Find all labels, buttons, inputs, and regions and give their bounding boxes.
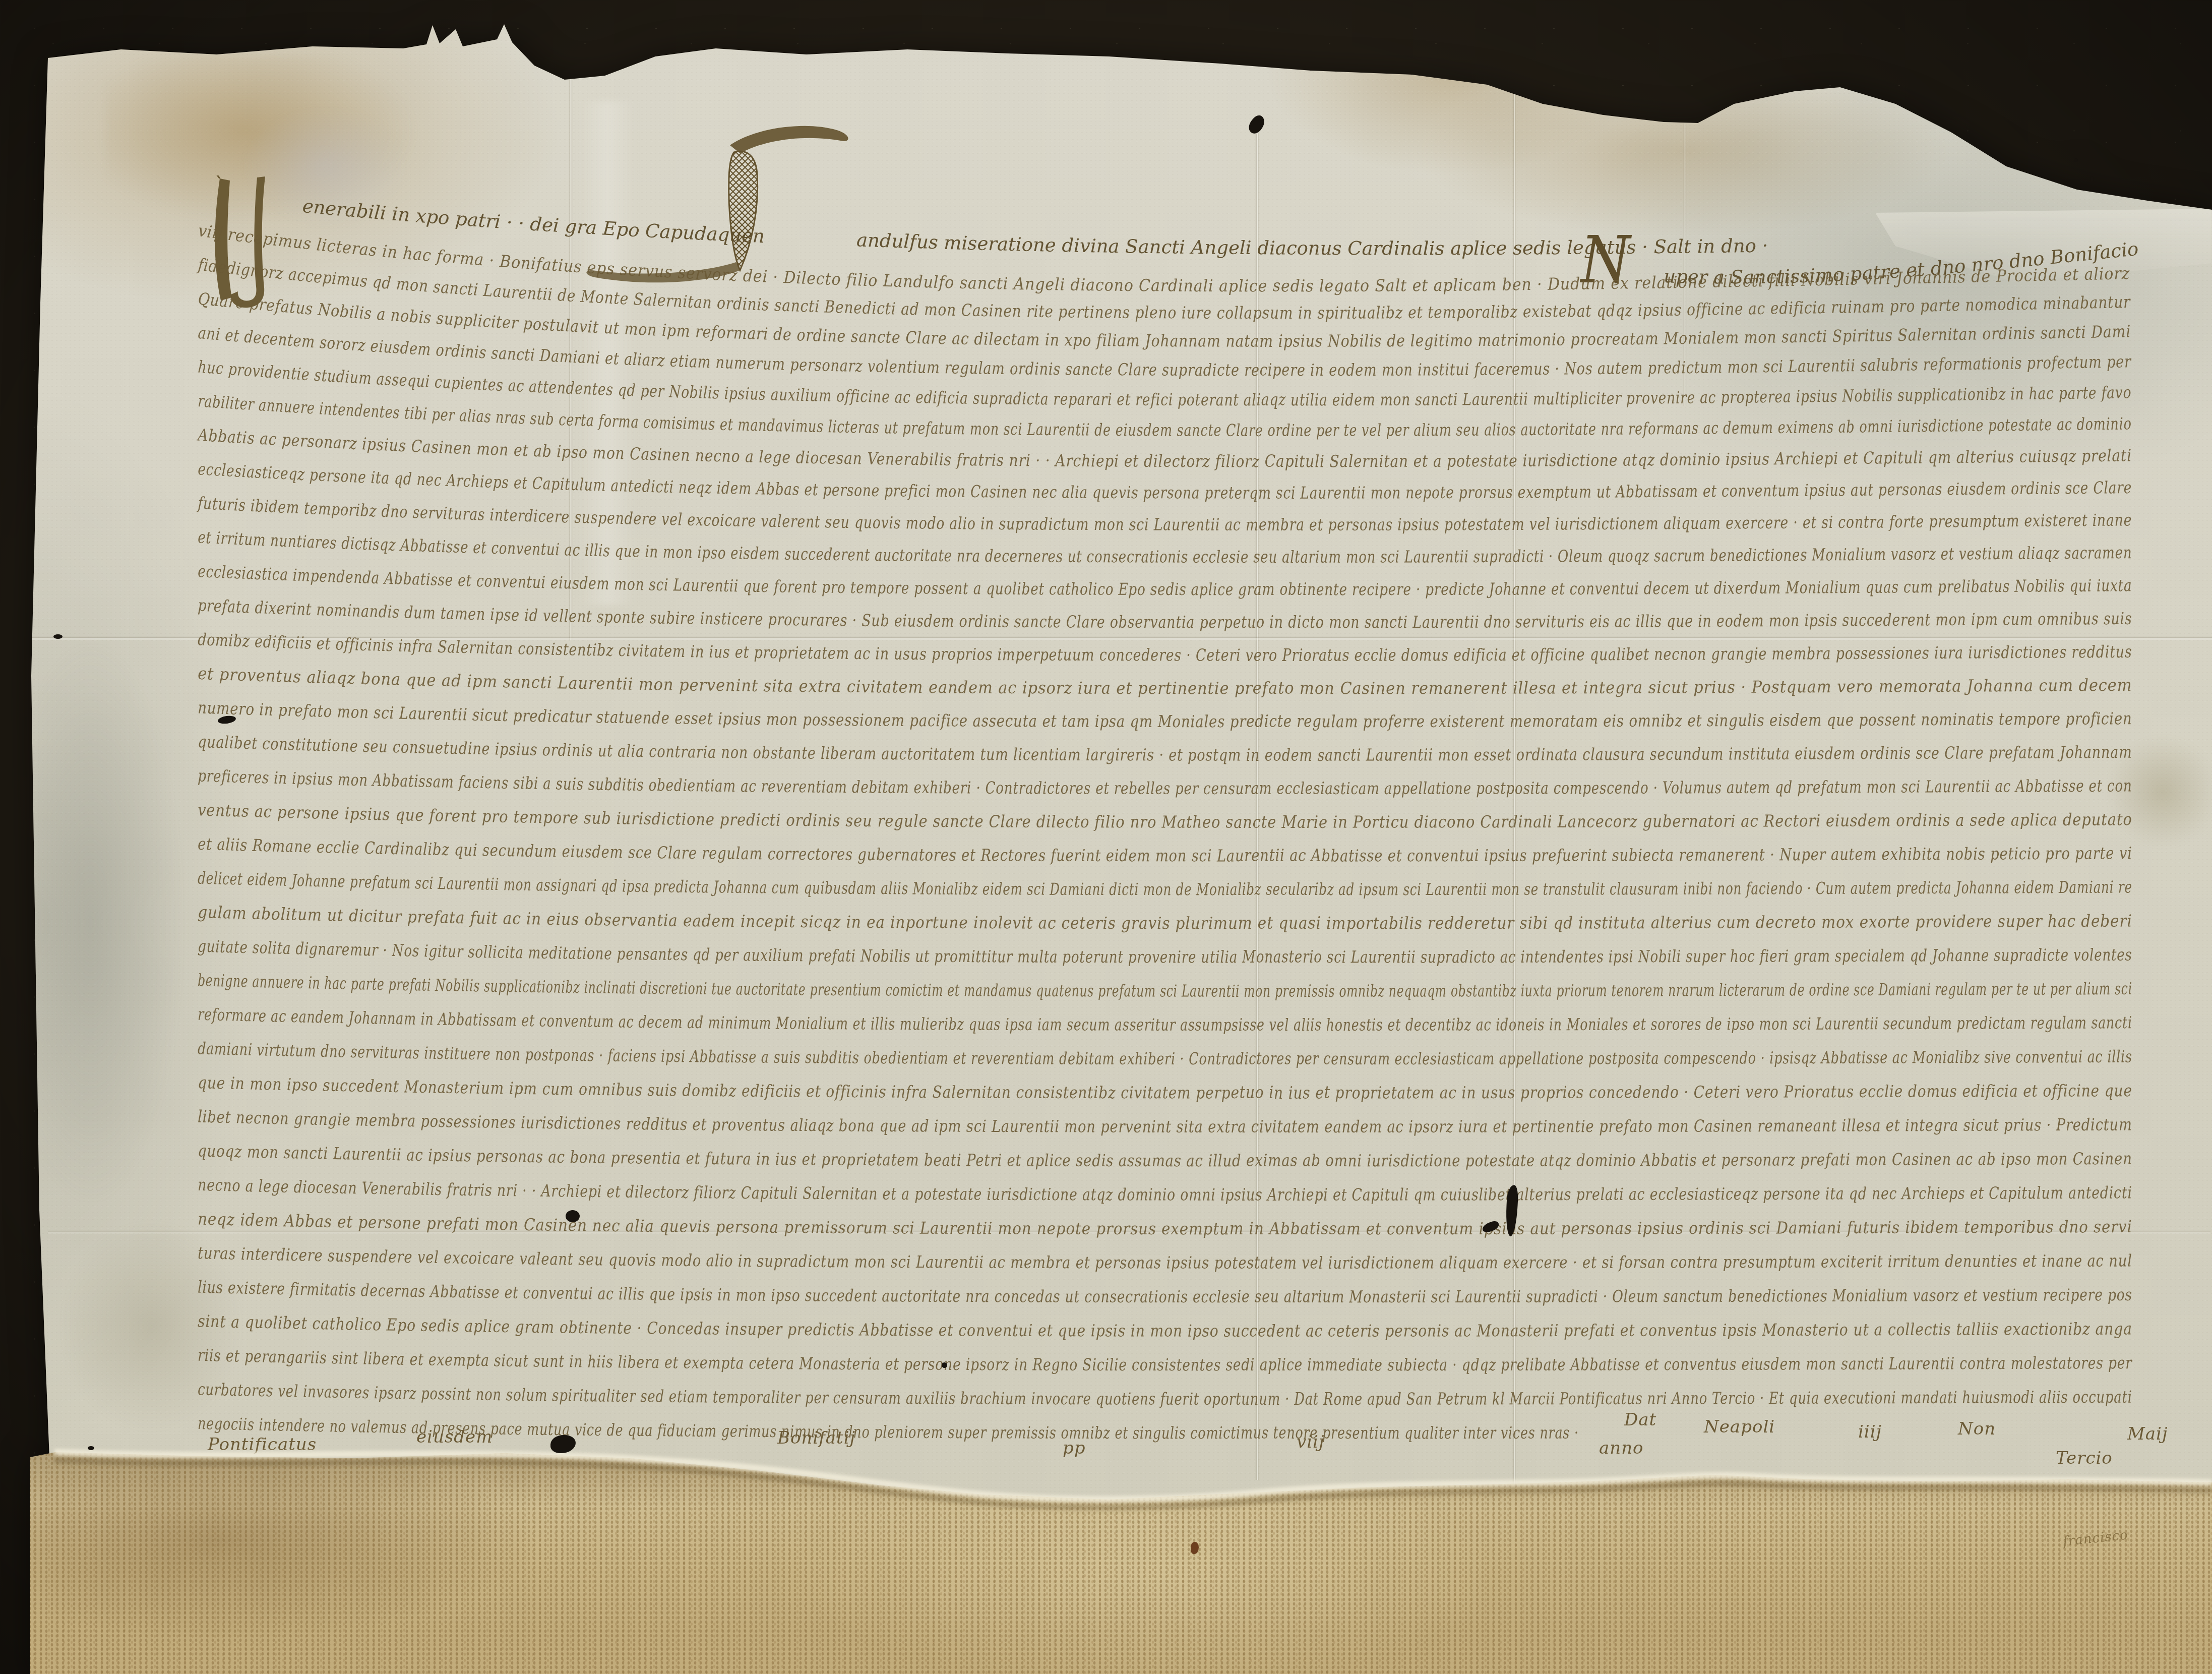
parchment-sheet: N enerabili in xpo patri · · dei gra Epo… [0,0,2212,1674]
manuscript-photo: N enerabili in xpo patri · · dei gra Epo… [0,0,2212,1674]
fold-edge-highlight [0,0,2212,1674]
